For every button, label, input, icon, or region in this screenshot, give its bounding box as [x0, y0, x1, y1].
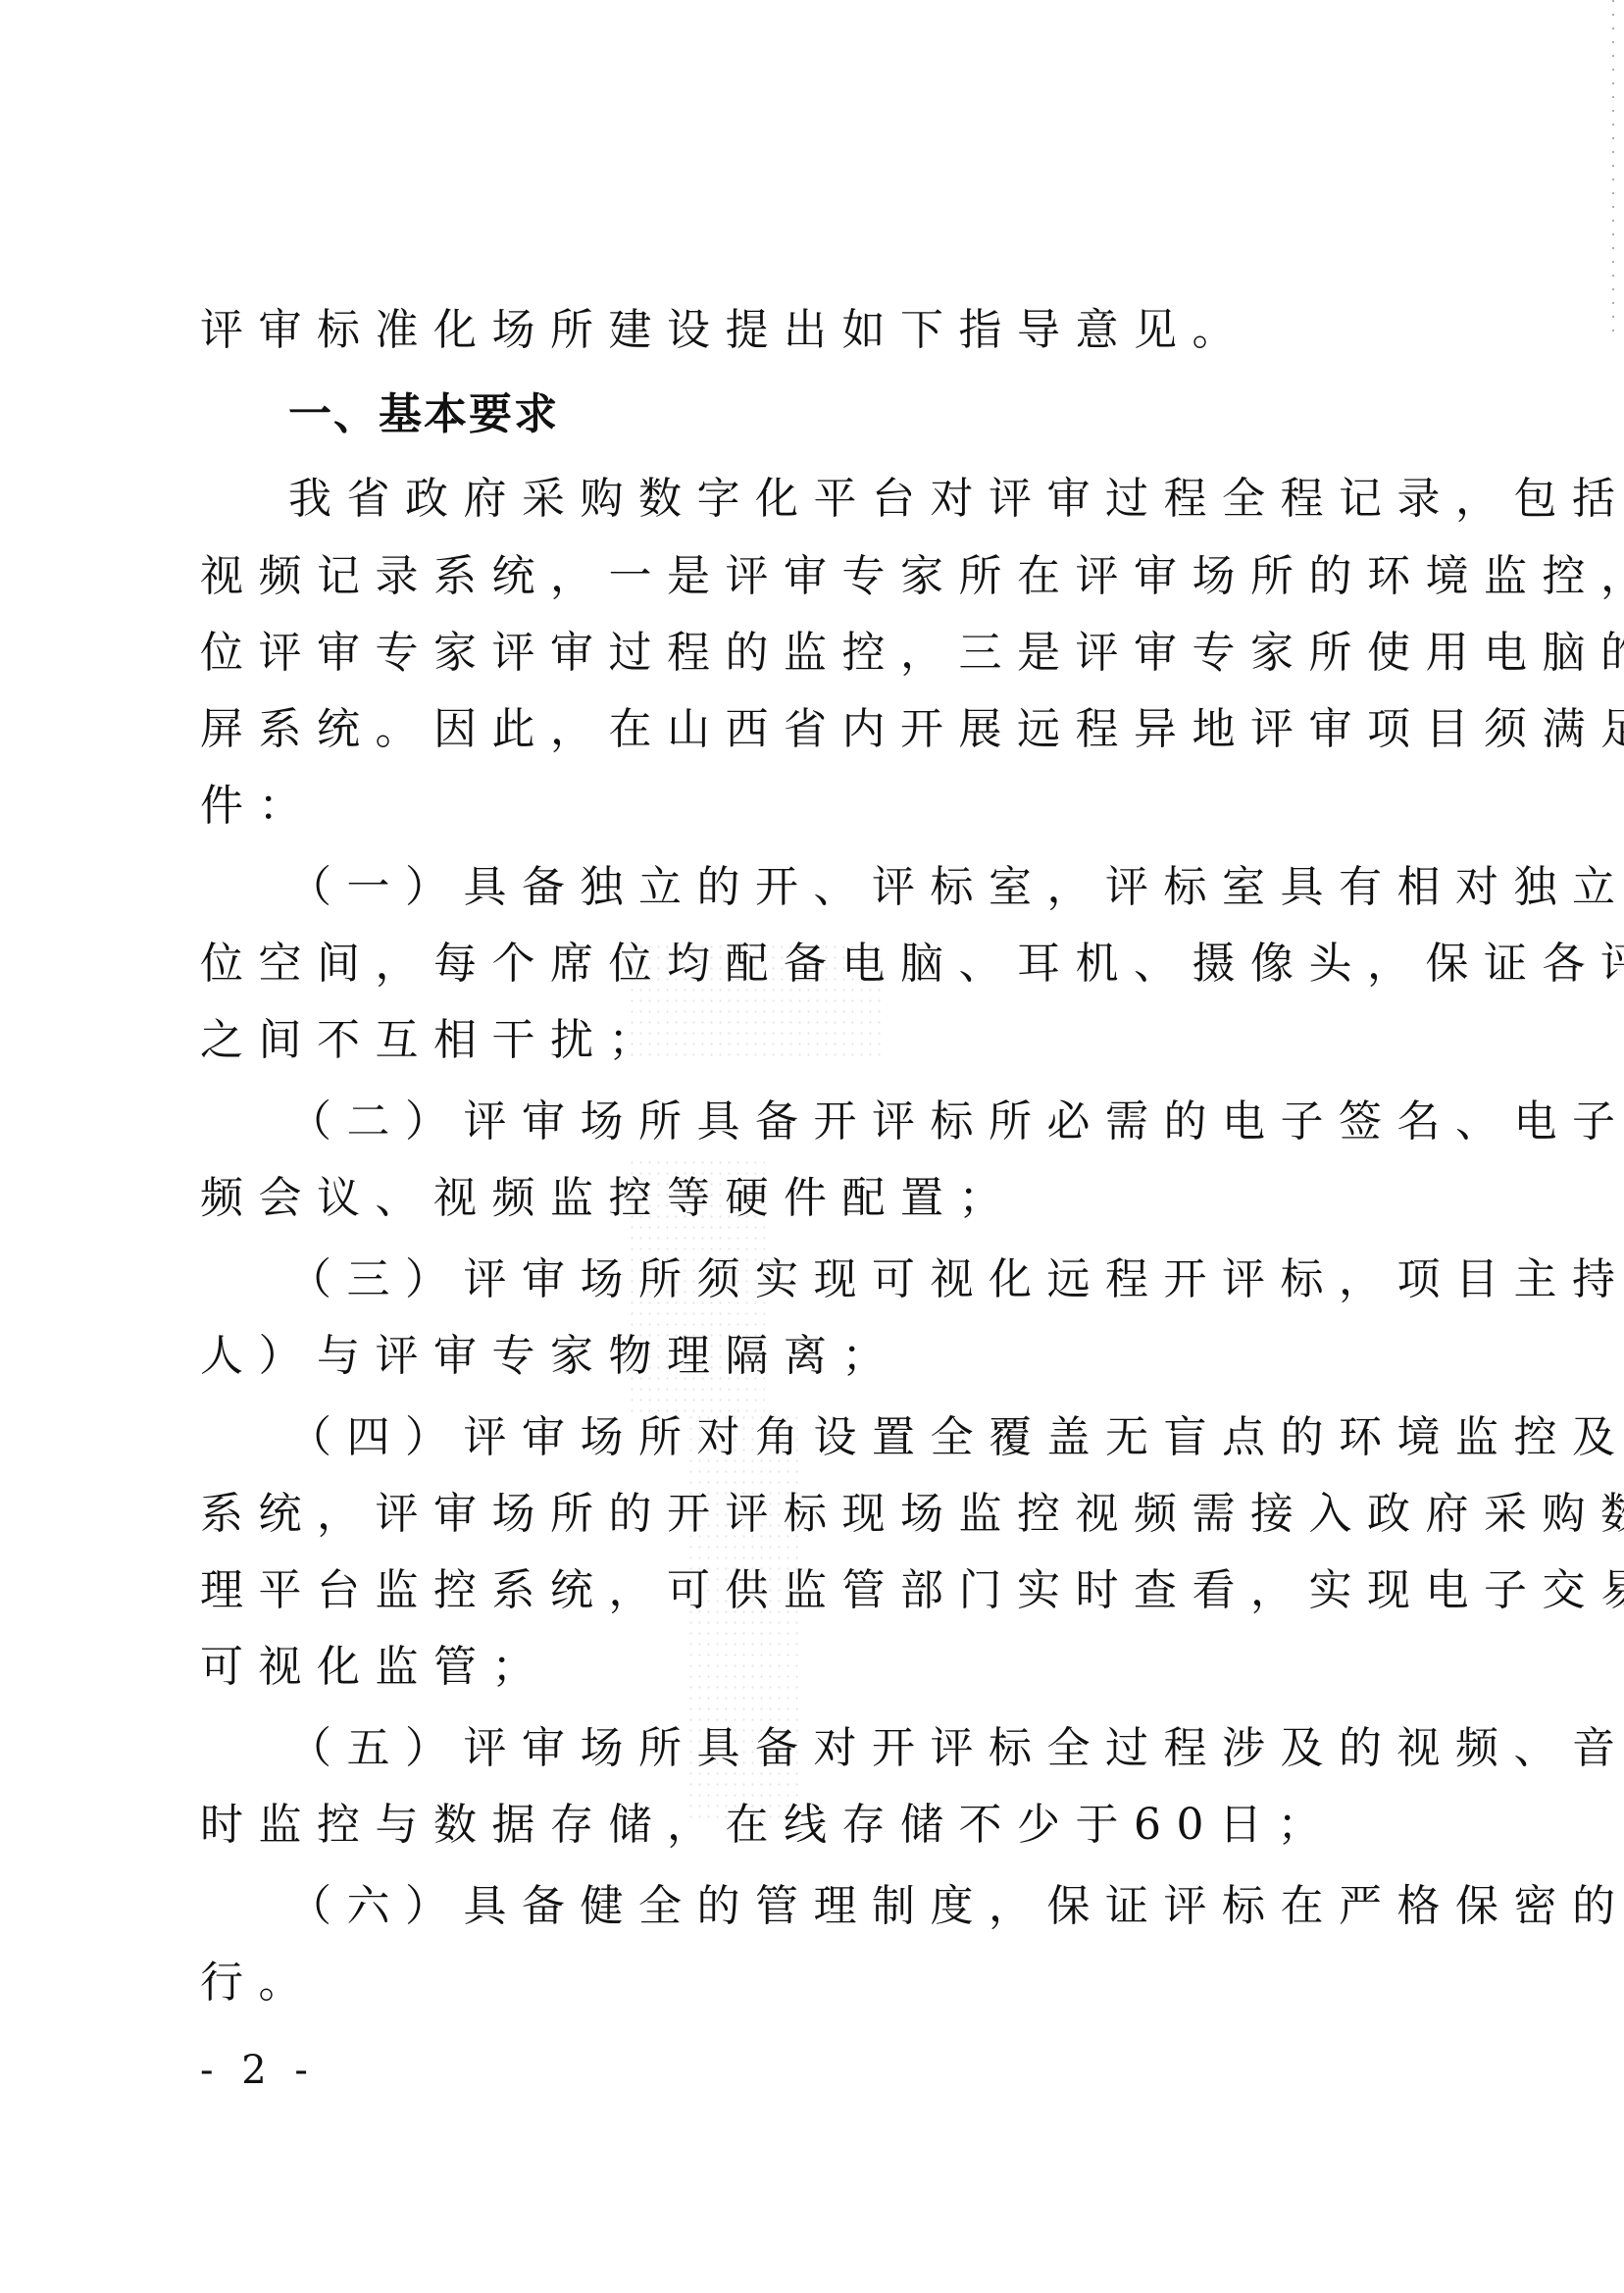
list-item-line: 系统，评审场所的开评标现场监控视频需接入政府采购数字化管 [200, 1475, 1377, 1552]
section-heading: 一、基本要求 [200, 376, 1377, 460]
list-item-line: 时监控与数据存储，在线存储不少于60日； [200, 1786, 1377, 1867]
list-item-line: （二）评审场所具备开评标所必需的电子签名、电子签章、视 [200, 1083, 1377, 1159]
list-item-line: （四）评审场所对角设置全覆盖无盲点的环境监控及音频采集 [200, 1399, 1377, 1475]
list-item-line: 之间不互相干扰； [200, 1001, 1377, 1083]
paragraph-line: 件： [200, 767, 1377, 848]
list-item-line: 位空间，每个席位均配备电脑、耳机、摄像头，保证各评标席位 [200, 925, 1377, 1001]
list-item-line: 理平台监控系统，可供监管部门实时查看，实现电子交易项目的 [200, 1552, 1377, 1628]
list-item-line: （一）具备独立的开、评标室，评标室具有相对独立的工作席 [200, 848, 1377, 925]
list-item-line: 行。 [200, 1944, 1377, 2020]
document-body: 评审标准化场所建设提出如下指导意见。 一、基本要求 我省政府采购数字化平台对评审… [200, 291, 1377, 2020]
paragraph-line: 位评审专家评审过程的监控，三是评审专家所使用电脑的桌面录 [200, 614, 1377, 690]
list-item-line: （五）评审场所具备对开评标全过程涉及的视频、音频信息实 [200, 1709, 1377, 1786]
paragraph-line: 屏系统。因此，在山西省内开展远程异地评审项目须满足以下条 [200, 690, 1377, 767]
list-item-line: （六）具备健全的管理制度，保证评标在严格保密的情况下进 [200, 1867, 1377, 1944]
list-item-line: 频会议、视频监控等硬件配置； [200, 1159, 1377, 1241]
list-item-line: （三）评审场所须实现可视化远程开评标，项目主持人（负责 [200, 1241, 1377, 1317]
paragraph-line: 视频记录系统，一是评审专家所在评审场所的环境监控，二是每 [200, 537, 1377, 614]
document-page: 评审标准化场所建设提出如下指导意见。 一、基本要求 我省政府采购数字化平台对评审… [0, 0, 1624, 2293]
paragraph-line: 评审标准化场所建设提出如下指导意见。 [200, 291, 1377, 376]
list-item-line: 人）与评审专家物理隔离； [200, 1317, 1377, 1399]
page-number: - 2 - [200, 2048, 316, 2093]
scan-margin-artifact [1612, 0, 1614, 333]
list-item-line: 可视化监管； [200, 1628, 1377, 1709]
paragraph-line: 我省政府采购数字化平台对评审过程全程记录，包括三套音 [200, 460, 1377, 537]
